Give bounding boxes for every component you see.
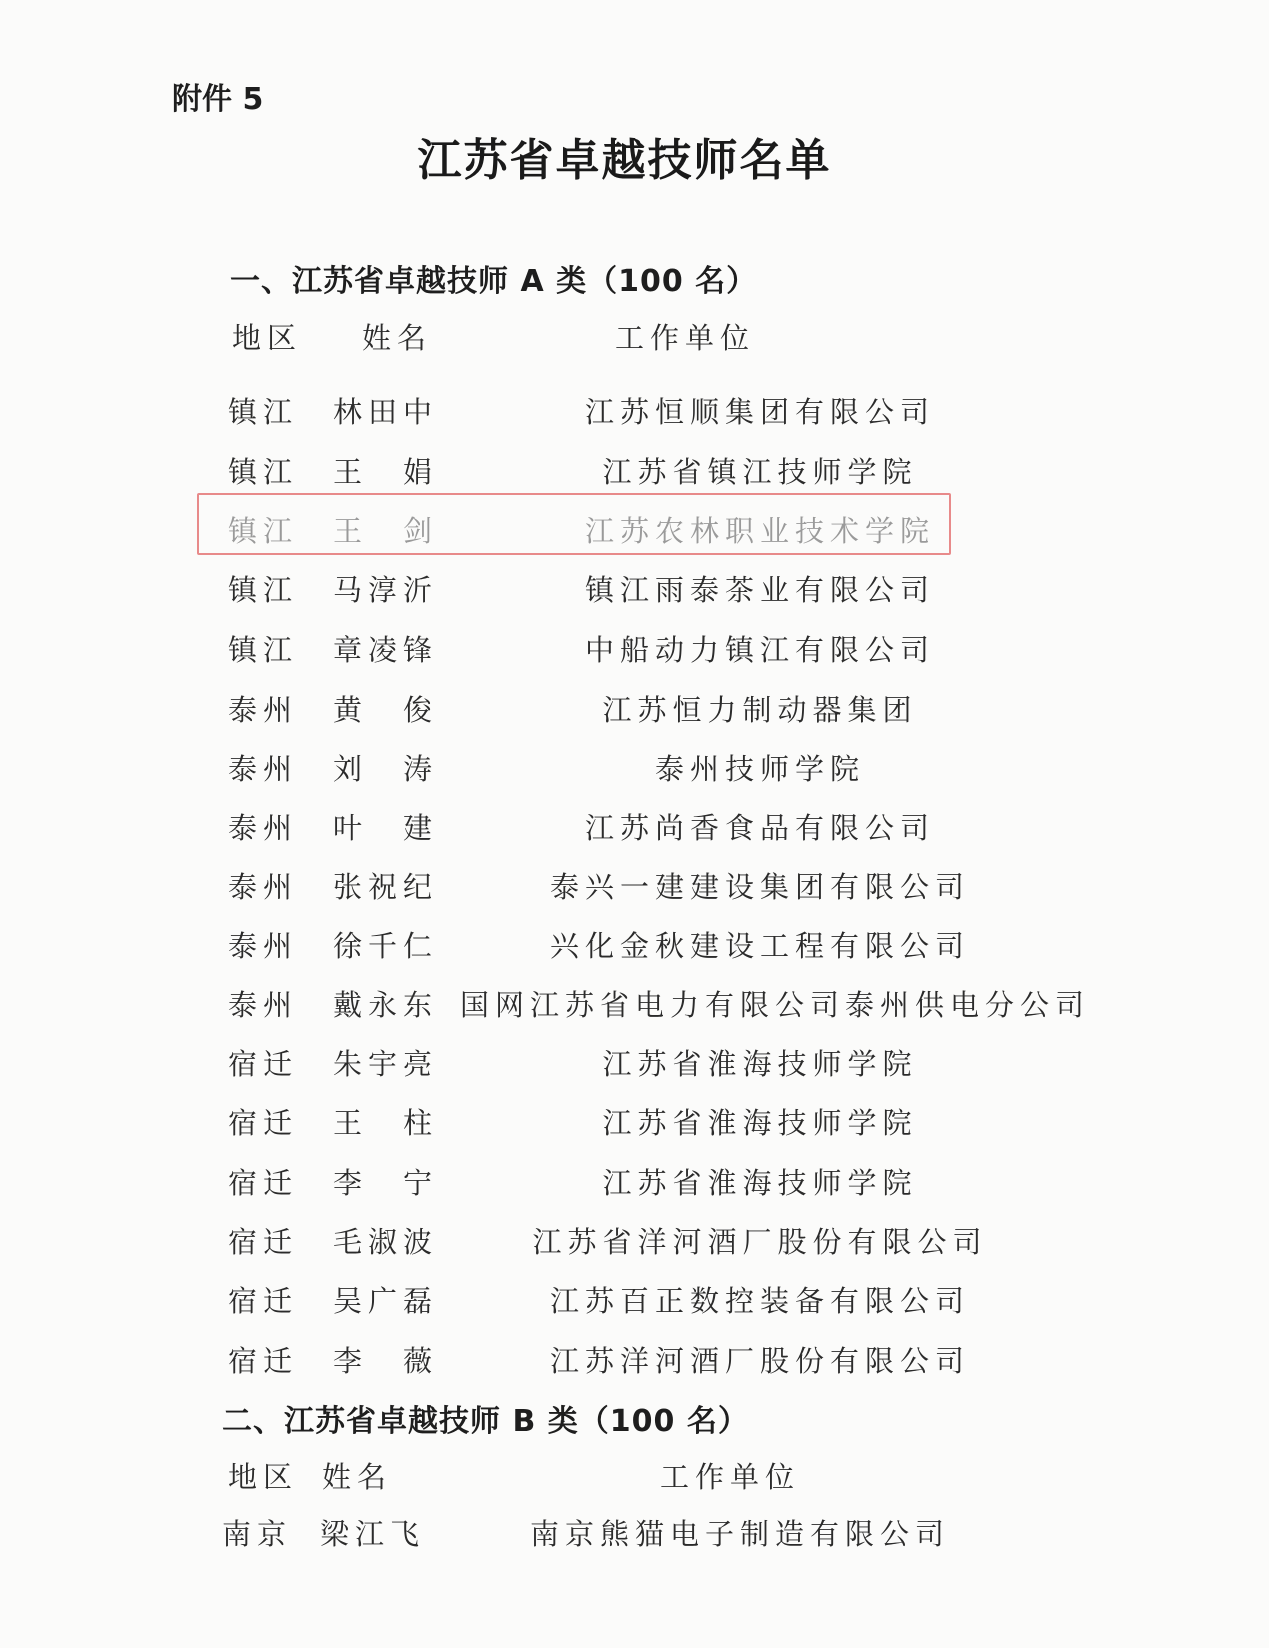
- table-row: 镇江 林田中 江苏恒顺集团有限公司: [0, 390, 1269, 434]
- attachment-label: 附件 5: [172, 74, 263, 118]
- row-unit: 江苏省淮海技师学院: [460, 1042, 1060, 1083]
- row-name: 朱宇亮: [333, 1042, 438, 1083]
- row-unit: 泰州技师学院: [460, 747, 1060, 788]
- row-unit: 江苏恒顺集团有限公司: [460, 390, 1060, 431]
- table-row: 宿迁 毛淑波 江苏省洋河酒厂股份有限公司: [0, 1220, 1269, 1264]
- table-row: 泰州 叶 建 江苏尚香食品有限公司: [0, 806, 1269, 850]
- row-region: 镇江: [228, 450, 298, 491]
- row-region: 南京: [222, 1512, 292, 1553]
- table-row: 泰州 张祝纪 泰兴一建建设集团有限公司: [0, 865, 1269, 909]
- row-unit: 国网江苏省电力有限公司泰州供电分公司: [460, 983, 1060, 1024]
- row-name: 章凌锋: [333, 628, 438, 669]
- row-unit: 中船动力镇江有限公司: [460, 628, 1060, 669]
- row-name: 黄 俊: [333, 688, 438, 729]
- row-region: 镇江: [228, 628, 298, 669]
- table-row: 泰州 徐千仁 兴化金秋建设工程有限公司: [0, 924, 1269, 968]
- row-name: 王 剑: [333, 509, 438, 550]
- table-row: 泰州 刘 涛 泰州技师学院: [0, 747, 1269, 791]
- header-region: 地区: [228, 1455, 298, 1496]
- section-a-column-headers: 地区 姓名 工作单位: [0, 316, 1269, 360]
- table-row: 宿迁 李 薇 江苏洋河酒厂股份有限公司: [0, 1339, 1269, 1383]
- document-title: 江苏省卓越技师名单: [0, 124, 1269, 188]
- row-region: 泰州: [228, 747, 298, 788]
- row-name: 毛淑波: [333, 1220, 438, 1261]
- table-row-highlighted: 镇江 王 剑 江苏农林职业技术学院: [0, 509, 1269, 553]
- table-row: 宿迁 李 宁 江苏省淮海技师学院: [0, 1161, 1269, 1205]
- table-row: 泰州 黄 俊 江苏恒力制动器集团: [0, 688, 1269, 732]
- table-row: 镇江 王 娟 江苏省镇江技师学院: [0, 450, 1269, 494]
- section-b-heading: 二、江苏省卓越技师 B 类（100 名）: [222, 1396, 749, 1440]
- header-unit: 工作单位: [430, 1455, 1030, 1496]
- row-region: 宿迁: [228, 1101, 298, 1142]
- row-name: 王 柱: [333, 1101, 438, 1142]
- row-name: 徐千仁: [333, 924, 438, 965]
- table-row: 镇江 章凌锋 中船动力镇江有限公司: [0, 628, 1269, 672]
- row-name: 林田中: [333, 390, 438, 431]
- row-region: 泰州: [228, 865, 298, 906]
- row-name: 张祝纪: [333, 865, 438, 906]
- row-region: 镇江: [228, 390, 298, 431]
- table-row: 宿迁 吴广磊 江苏百正数控装备有限公司: [0, 1279, 1269, 1323]
- row-unit: 江苏百正数控装备有限公司: [460, 1279, 1060, 1320]
- row-unit: 江苏省淮海技师学院: [460, 1161, 1060, 1202]
- row-region: 泰州: [228, 806, 298, 847]
- row-region: 泰州: [228, 924, 298, 965]
- row-name: 戴永东: [333, 983, 438, 1024]
- row-unit: 镇江雨泰茶业有限公司: [460, 568, 1060, 609]
- table-row: 南京 梁江飞 南京熊猫电子制造有限公司: [0, 1512, 1269, 1556]
- table-row: 宿迁 朱宇亮 江苏省淮海技师学院: [0, 1042, 1269, 1086]
- document-title-text: 江苏省卓越技师名单: [418, 124, 832, 188]
- row-name: 刘 涛: [333, 747, 438, 788]
- row-region: 宿迁: [228, 1279, 298, 1320]
- row-region: 宿迁: [228, 1339, 298, 1380]
- row-name: 李 薇: [333, 1339, 438, 1380]
- row-region: 宿迁: [228, 1220, 298, 1261]
- header-unit: 工作单位: [385, 316, 985, 357]
- row-unit: 泰兴一建建设集团有限公司: [460, 865, 1060, 906]
- row-name: 吴广磊: [333, 1279, 438, 1320]
- row-unit: 江苏省镇江技师学院: [460, 450, 1060, 491]
- row-unit: 江苏洋河酒厂股份有限公司: [460, 1339, 1060, 1380]
- row-region: 宿迁: [228, 1161, 298, 1202]
- row-region: 镇江: [228, 568, 298, 609]
- row-region: 泰州: [228, 983, 298, 1024]
- document-page: 附件 5 江苏省卓越技师名单 一、江苏省卓越技师 A 类（100 名） 地区 姓…: [0, 0, 1269, 1648]
- row-unit: 江苏恒力制动器集团: [460, 688, 1060, 729]
- header-name: 姓名: [322, 1455, 392, 1496]
- row-name: 叶 建: [333, 806, 438, 847]
- row-unit: 江苏尚香食品有限公司: [460, 806, 1060, 847]
- header-region: 地区: [232, 316, 302, 357]
- table-row: 宿迁 王 柱 江苏省淮海技师学院: [0, 1101, 1269, 1145]
- row-unit: 江苏省洋河酒厂股份有限公司: [460, 1220, 1060, 1261]
- row-region: 镇江: [228, 509, 298, 550]
- row-unit: 南京熊猫电子制造有限公司: [440, 1512, 1040, 1553]
- section-a-heading: 一、江苏省卓越技师 A 类（100 名）: [230, 256, 757, 300]
- section-b-column-headers: 地区 姓名 工作单位: [0, 1455, 1269, 1499]
- table-row: 泰州 戴永东 国网江苏省电力有限公司泰州供电分公司: [0, 983, 1269, 1027]
- row-region: 泰州: [228, 688, 298, 729]
- row-name: 李 宁: [333, 1161, 438, 1202]
- table-row: 镇江 马淳沂 镇江雨泰茶业有限公司: [0, 568, 1269, 612]
- row-name: 梁江飞: [320, 1512, 425, 1553]
- row-name: 王 娟: [333, 450, 438, 491]
- row-unit: 江苏省淮海技师学院: [460, 1101, 1060, 1142]
- row-region: 宿迁: [228, 1042, 298, 1083]
- row-unit: 兴化金秋建设工程有限公司: [460, 924, 1060, 965]
- row-name: 马淳沂: [333, 568, 438, 609]
- row-unit: 江苏农林职业技术学院: [460, 509, 1060, 550]
